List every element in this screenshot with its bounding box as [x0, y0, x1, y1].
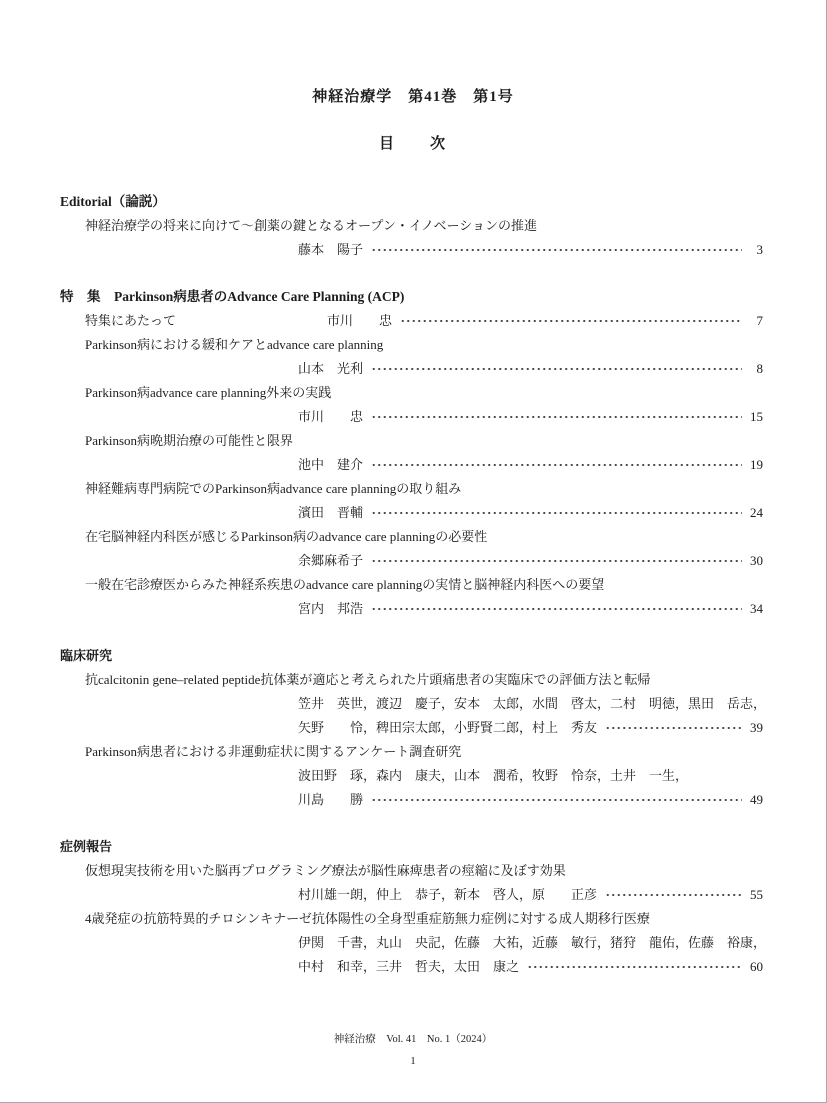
section-heading: 臨床研究: [60, 644, 763, 668]
entry-author-row: 中村 和幸，三井 哲夫，太田 康之 60: [60, 955, 763, 979]
entry-title: 抗calcitonin gene–related peptide抗体薬が適応と考…: [60, 668, 763, 692]
entry-title: 4歳発症の抗筋特異的チロシンキナーゼ抗体陽性の全身型重症筋無力症例に対する成人期…: [60, 907, 763, 931]
section-heading: 特 集 Parkinson病患者のAdvance Care Planning (…: [60, 285, 763, 309]
page-number: 39: [749, 716, 763, 740]
entry-title: 一般在宅診療医からみた神経系疾患のadvance care planningの実…: [60, 573, 763, 597]
entry-title: Parkinson病患者における非運動症状に関するアンケート調査研究: [60, 740, 763, 764]
footer-page-number: 1: [0, 1054, 826, 1068]
entry-authors: 矢野 怜，稗田宗太郎，小野賢二郎，村上 秀友: [298, 716, 597, 740]
entry-authors: 中村 和幸，三井 哲夫，太田 康之: [298, 955, 519, 979]
entry-inline-row: 特集にあたって 市川 忠 7: [60, 309, 763, 333]
page-number: 7: [749, 309, 763, 333]
entry-author-row: 村川雄一朗，仲上 恭子，新本 啓人，原 正彦 55: [60, 883, 763, 907]
page-number: 3: [749, 238, 763, 262]
entry-title: 神経治療学の将来に向けて～創薬の鍵となるオープン・イノベーションの推進: [60, 214, 763, 238]
entry-author-row: 宮内 邦浩 34: [60, 597, 763, 621]
entry-authors: 市川 忠: [298, 405, 363, 429]
page-number: 8: [749, 357, 763, 381]
entry-title: Parkinson病晩期治療の可能性と限界: [60, 429, 763, 453]
entry-author-row: 池中 建介 19: [60, 453, 763, 477]
entry-author-row: 矢野 怜，稗田宗太郎，小野賢二郎，村上 秀友 39: [60, 716, 763, 740]
footer-citation: 神経治療 Vol. 41 No. 1（2024）: [0, 1032, 826, 1047]
dot-leader: [371, 453, 742, 477]
journal-title: 神経治療学 第41巻 第1号: [0, 87, 826, 107]
entry-title: Parkinson病advance care planning外来の実践: [60, 381, 763, 405]
entry-title: 神経難病専門病院でのParkinson病advance care plannin…: [60, 477, 763, 501]
entry-authors: 笠井 英世，渡辺 慶子，安本 太郎，水間 啓太，二村 明徳，黒田 岳志，: [298, 692, 766, 716]
section-heading: 症例報告: [60, 835, 763, 859]
page-number: 15: [749, 405, 763, 429]
entry-author-row: 市川 忠 15: [60, 405, 763, 429]
entry-title: 在宅脳神経内科医が感じるParkinson病のadvance care plan…: [60, 525, 763, 549]
entry-title: 特集にあたって: [60, 309, 327, 333]
section-tokushu: 特 集 Parkinson病患者のAdvance Care Planning (…: [60, 285, 763, 621]
page-number: 34: [749, 597, 763, 621]
entry-authors: 村川雄一朗，仲上 恭子，新本 啓人，原 正彦: [298, 883, 597, 907]
entry-author-row: 藤本 陽子 3: [60, 238, 763, 262]
page-number: 60: [749, 955, 763, 979]
section-shorei-hokoku: 症例報告 仮想現実技術を用いた脳再プログラミング療法が脳性麻痺患者の痙縮に及ぼす…: [60, 835, 763, 979]
dot-leader: [371, 549, 742, 573]
dot-leader: [371, 238, 742, 262]
dot-leader: [371, 501, 742, 525]
dot-leader: [605, 716, 742, 740]
page-number: 19: [749, 453, 763, 477]
dot-leader: [605, 883, 742, 907]
entry-authors: 波田野 琢，森内 康夫，山本 潤希，牧野 怜奈，土井 一生，: [298, 764, 688, 788]
entry-authors: 池中 建介: [298, 453, 363, 477]
section-heading: Editorial（論説）: [60, 190, 763, 214]
toc-content: Editorial（論説） 神経治療学の将来に向けて～創薬の鍵となるオープン・イ…: [60, 190, 763, 979]
entry-author-row: 伊関 千書，丸山 央記，佐藤 大祐，近藤 敏行，猪狩 龍佑，佐藤 裕康，: [60, 931, 763, 955]
entry-authors: 宮内 邦浩: [298, 597, 363, 621]
page-number: 49: [749, 788, 763, 812]
section-editorial: Editorial（論説） 神経治療学の将来に向けて～創薬の鍵となるオープン・イ…: [60, 190, 763, 262]
entry-title: 仮想現実技術を用いた脳再プログラミング療法が脳性麻痺患者の痙縮に及ぼす効果: [60, 859, 763, 883]
entry-authors: 濱田 晋輔: [298, 501, 363, 525]
entry-authors: 伊関 千書，丸山 央記，佐藤 大祐，近藤 敏行，猪狩 龍佑，佐藤 裕康，: [298, 931, 766, 955]
toc-page: 神経治療学 第41巻 第1号 目 次 Editorial（論説） 神経治療学の将…: [0, 0, 827, 1103]
entry-authors: 余郷麻希子: [298, 549, 363, 573]
page-number: 55: [749, 883, 763, 907]
page-number: 24: [749, 501, 763, 525]
dot-leader: [371, 405, 742, 429]
dot-leader: [527, 955, 742, 979]
entry-author-row: 山本 光利 8: [60, 357, 763, 381]
dot-leader: [371, 597, 742, 621]
entry-author-row: 川島 勝 49: [60, 788, 763, 812]
entry-author-row: 余郷麻希子 30: [60, 549, 763, 573]
toc-title: 目 次: [0, 134, 826, 154]
dot-leader: [371, 788, 742, 812]
entry-authors: 山本 光利: [298, 357, 363, 381]
entry-author-row: 笠井 英世，渡辺 慶子，安本 太郎，水間 啓太，二村 明徳，黒田 岳志，: [60, 692, 763, 716]
entry-author-row: 波田野 琢，森内 康夫，山本 潤希，牧野 怜奈，土井 一生，: [60, 764, 763, 788]
dot-leader: [371, 357, 742, 381]
entry-authors: 川島 勝: [298, 788, 363, 812]
dot-leader: [400, 309, 742, 333]
entry-authors: 藤本 陽子: [298, 238, 363, 262]
entry-author-row: 濱田 晋輔 24: [60, 501, 763, 525]
section-rinsho-kenkyu: 臨床研究 抗calcitonin gene–related peptide抗体薬…: [60, 644, 763, 812]
entry-authors: 市川 忠: [327, 309, 392, 333]
page-number: 30: [749, 549, 763, 573]
entry-title: Parkinson病における緩和ケアとadvance care planning: [60, 333, 763, 357]
